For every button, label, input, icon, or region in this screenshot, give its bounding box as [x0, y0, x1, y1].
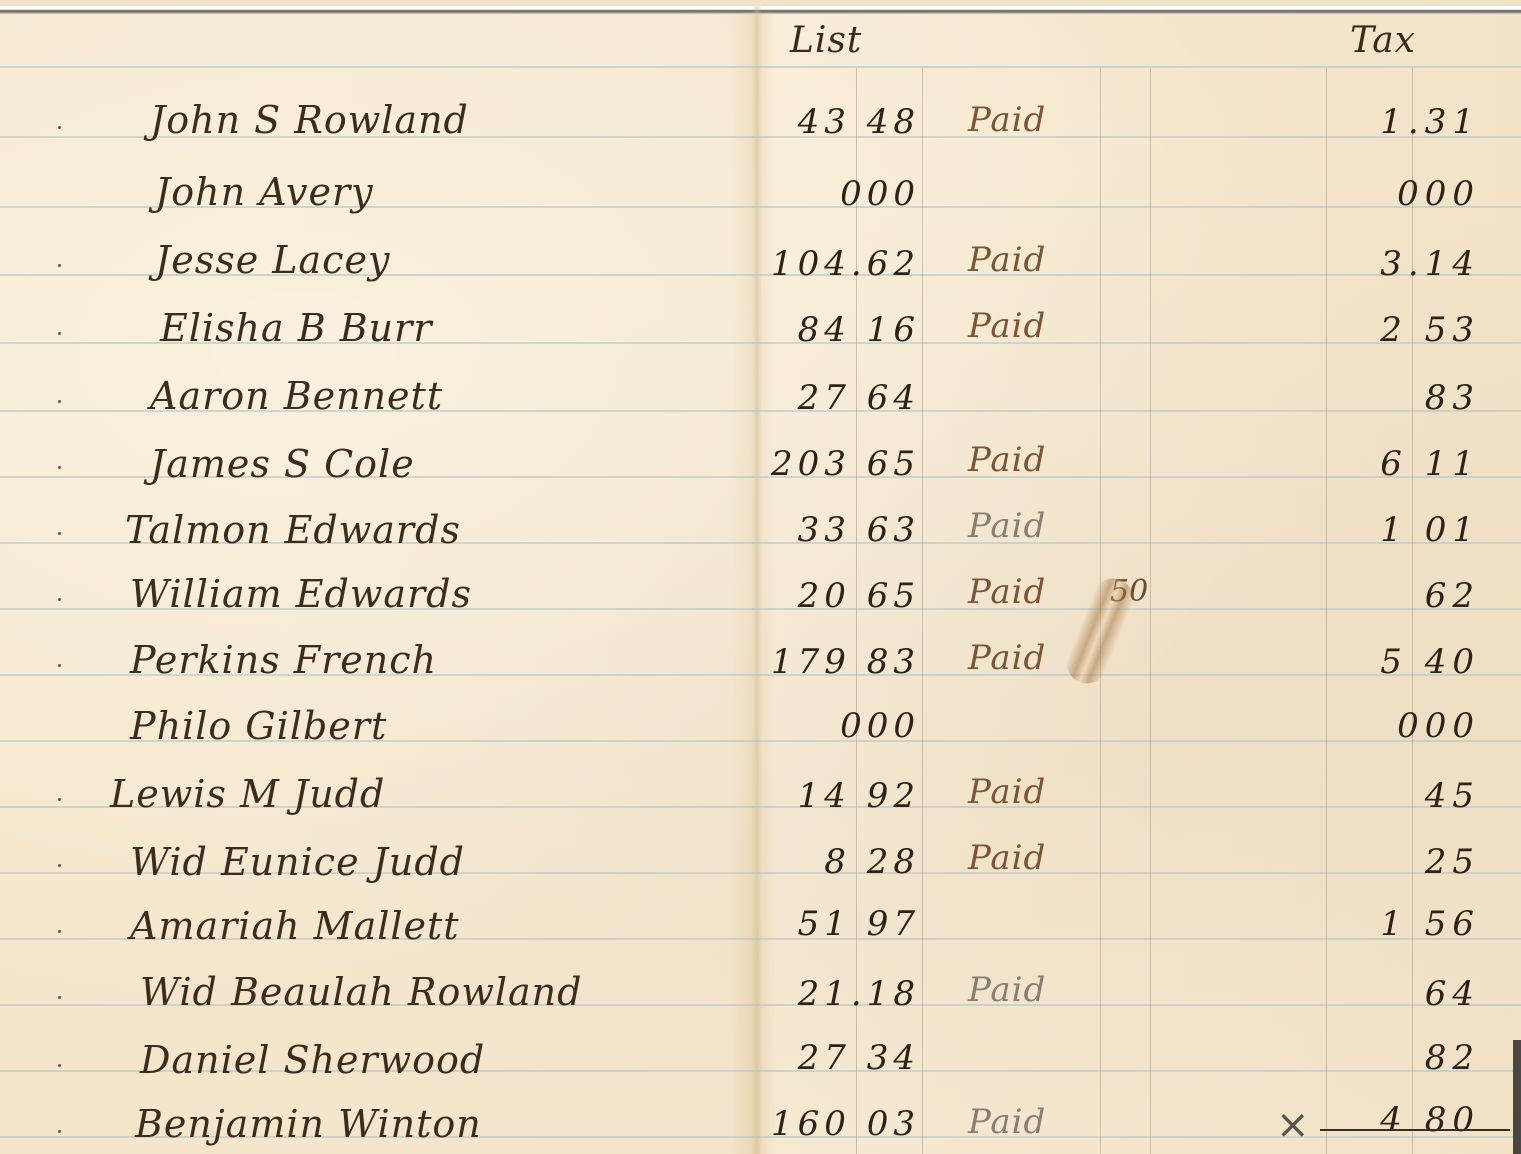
taxpayer-name: Talmon Edwards	[125, 508, 461, 552]
cross-mark-icon: ×	[1276, 1102, 1310, 1148]
ledger-row: James S Cole 203 65 Paid 6 11	[0, 426, 1521, 492]
taxpayer-name: Elisha B Burr	[160, 306, 433, 350]
ledger-row: Amariah Mallett 51 97 1 56	[0, 890, 1521, 956]
ledger-row: Talmon Edwards 33 63 Paid 1 01	[0, 492, 1521, 558]
tax-value: 62	[1330, 576, 1480, 616]
taxpayer-name: Benjamin Winton	[135, 1102, 482, 1146]
row-dot	[58, 1130, 61, 1133]
tax-value: 1 56	[1330, 904, 1480, 944]
list-value: 000	[760, 706, 920, 746]
row-dot	[58, 598, 61, 601]
tax-value: 25	[1330, 842, 1480, 882]
taxpayer-name: Aaron Bennett	[150, 374, 443, 418]
tax-value: 1.31	[1330, 102, 1480, 142]
taxpayer-name: Philo Gilbert	[130, 704, 387, 748]
ledger-row: Lewis M Judd 14 92 Paid 45	[0, 758, 1521, 824]
paid-status: Paid	[968, 772, 1046, 812]
row-dot	[58, 532, 61, 535]
row-dot	[58, 264, 61, 267]
taxpayer-name: Amariah Mallett	[130, 904, 460, 948]
total-underline	[1320, 1129, 1510, 1131]
taxpayer-name: Wid Eunice Judd	[130, 840, 465, 884]
row-dot	[58, 664, 61, 667]
row-dot	[58, 1064, 61, 1067]
row-dot	[58, 864, 61, 867]
taxpayer-name: William Edwards	[130, 572, 472, 616]
ledger-row: Aaron Bennett 27 64 83	[0, 360, 1521, 426]
tax-value: 64	[1330, 974, 1480, 1014]
taxpayer-name: John Avery	[155, 170, 374, 214]
taxpayer-name: Wid Beaulah Rowland	[140, 970, 582, 1014]
paid-status: Paid	[968, 1102, 1046, 1142]
row-dot	[58, 332, 61, 335]
taxpayer-name: Jesse Lacey	[155, 238, 390, 282]
paid-status: Paid	[968, 240, 1046, 280]
taxpayer-name: Lewis M Judd	[110, 772, 385, 816]
list-value: 203 65	[760, 444, 920, 484]
taxpayer-name: Perkins French	[130, 638, 437, 682]
paid-status: Paid	[968, 440, 1046, 480]
tax-value: 2 53	[1330, 310, 1480, 350]
ledger-row: Perkins French 179 83 Paid 5 40	[0, 624, 1521, 690]
row-dot	[58, 466, 61, 469]
row-dot	[58, 126, 61, 129]
tax-value: 82	[1330, 1038, 1480, 1078]
list-value: 27 64	[760, 378, 920, 418]
paid-status: Paid	[968, 638, 1046, 678]
tax-value: 5 40	[1330, 642, 1480, 682]
tax-value: 45	[1330, 776, 1480, 816]
tax-value: 4 80	[1330, 1100, 1480, 1140]
list-value: 33 63	[760, 510, 920, 550]
taxpayer-name: John S Rowland	[150, 98, 469, 142]
list-value: 160 03	[760, 1104, 920, 1144]
paid-status: Paid	[968, 306, 1046, 346]
list-value: 21.18	[760, 974, 920, 1014]
list-value: 84 16	[760, 310, 920, 350]
paid-status: Paid	[968, 970, 1046, 1010]
list-value: 43 48	[760, 102, 920, 142]
tax-value: 83	[1330, 378, 1480, 418]
tax-value: 000	[1330, 706, 1480, 746]
tax-value: 000	[1330, 174, 1480, 214]
list-value: 51 97	[760, 904, 920, 944]
ledger-row: John S Rowland 43 48 Paid 1.31	[0, 86, 1521, 152]
scan-edge	[1513, 1040, 1521, 1154]
list-value: 104.62	[760, 244, 920, 284]
ledger-row: Wid Beaulah Rowland 21.18 Paid 64	[0, 956, 1521, 1022]
ledger-row: Wid Eunice Judd 8 28 Paid 25	[0, 824, 1521, 890]
ledger-row: Elisha B Burr 84 16 Paid 2 53	[0, 292, 1521, 358]
row-dot	[58, 798, 61, 801]
ledger-row: William Edwards 20 65 Paid 50 62	[0, 558, 1521, 624]
list-value: 14 92	[760, 776, 920, 816]
list-value: 8 28	[760, 842, 920, 882]
list-value: 179 83	[760, 642, 920, 682]
ledger-row: Philo Gilbert 000 000	[0, 690, 1521, 756]
tax-value: 6 11	[1330, 444, 1480, 484]
tax-value: 3.14	[1330, 244, 1480, 284]
ledger-row: John Avery 000 000	[0, 156, 1521, 222]
ledger-row: Daniel Sherwood 27 34 82	[0, 1024, 1521, 1090]
paid-status: Paid	[968, 572, 1046, 612]
list-value: 27 34	[760, 1038, 920, 1078]
row-dot	[58, 930, 61, 933]
ledger-page: List Tax John S Rowland 43 48 Paid 1.31 …	[0, 6, 1521, 1154]
paid-status: Paid	[968, 838, 1046, 878]
taxpayer-name: James S Cole	[150, 442, 415, 486]
ledger-row: Jesse Lacey 104.62 Paid 3.14	[0, 224, 1521, 290]
tax-value: 1 01	[1330, 510, 1480, 550]
list-value: 20 65	[760, 576, 920, 616]
row-dot	[58, 996, 61, 999]
tax-column-header: Tax	[1350, 20, 1416, 61]
list-value: 000	[760, 174, 920, 214]
paid-status: Paid	[968, 506, 1046, 546]
row-dot	[58, 400, 61, 403]
paid-status: Paid	[968, 100, 1046, 140]
ruled-line	[0, 66, 1521, 68]
list-column-header: List	[790, 20, 862, 61]
taxpayer-name: Daniel Sherwood	[140, 1038, 485, 1082]
